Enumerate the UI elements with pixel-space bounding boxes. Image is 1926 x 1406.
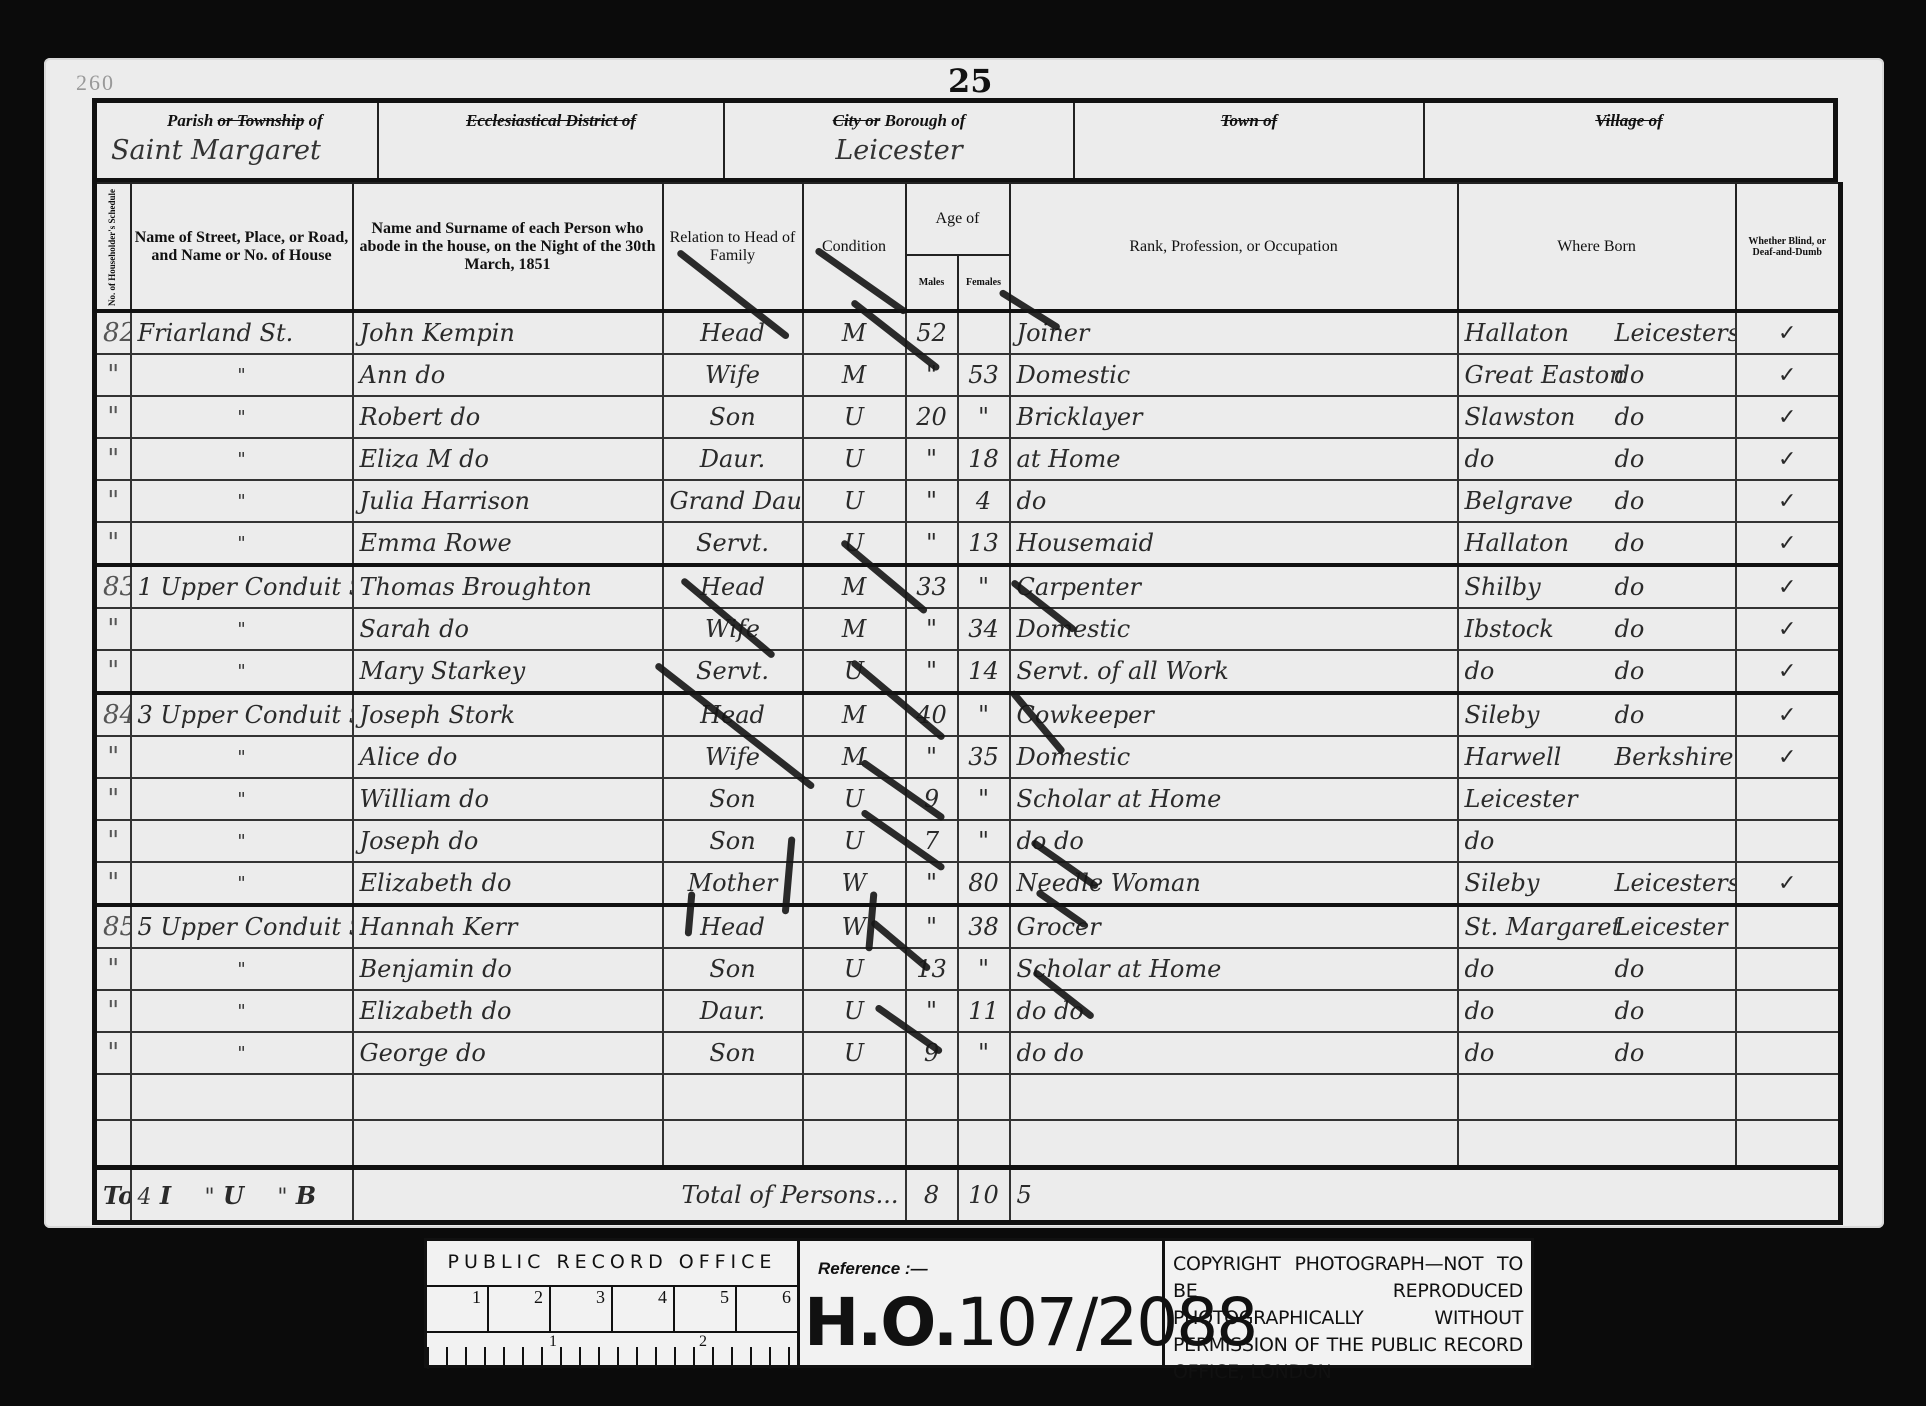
col-age-females: Females: [958, 255, 1010, 311]
schedule-number: ": [95, 396, 131, 438]
occupation-cell: do do: [1010, 990, 1458, 1032]
schedule-number: 85: [95, 905, 131, 948]
scale-bar: 1 2 3 4 5 6: [427, 1287, 797, 1333]
birthplace-county: do: [1615, 573, 1645, 601]
birthplace-cell: Belgravedo: [1458, 480, 1736, 522]
schedule-number: ": [95, 778, 131, 820]
blind-deaf-cell: ✓: [1736, 862, 1841, 905]
ecclesiastical-cell: Ecclesiastical District of: [379, 103, 725, 178]
birthplace-cell: St. MargaretLeicester: [1458, 905, 1736, 948]
age-female-cell: 18: [958, 438, 1010, 480]
age-female-cell: ": [958, 565, 1010, 608]
condition-cell: U: [803, 990, 906, 1032]
age-female-cell: 35: [958, 736, 1010, 778]
birthplace-town: do: [1465, 827, 1615, 855]
age-female-cell: 38: [958, 905, 1010, 948]
occupation-cell: Domestic: [1010, 608, 1458, 650]
age-female-cell: ": [958, 1032, 1010, 1074]
person-name: William do: [353, 778, 663, 820]
census-row: 82Friarland St.John KempinHeadM52JoinerH…: [95, 311, 1841, 354]
village-cell: Village of: [1425, 103, 1833, 178]
age-female-cell: 34: [958, 608, 1010, 650]
location-header: Parish or Township of Saint Margaret Ecc…: [92, 98, 1838, 182]
age-female-cell: ": [958, 820, 1010, 862]
age-male-cell: ": [906, 650, 958, 693]
birthplace-cell: HallatonLeicestershire: [1458, 311, 1736, 354]
reference-block: Reference :— H.O.107/2088: [800, 1241, 1165, 1365]
birthplace-town: do: [1465, 657, 1615, 685]
age-male-cell: ": [906, 990, 958, 1032]
age-male-cell: ": [906, 905, 958, 948]
relation-cell: Grand Daur.: [663, 480, 803, 522]
address-cell: ": [131, 736, 353, 778]
relation-cell: Daur.: [663, 438, 803, 480]
town-label: Town of: [1085, 111, 1413, 131]
relation-cell: Son: [663, 396, 803, 438]
age-male-cell: ": [906, 608, 958, 650]
birthplace-town: do: [1465, 955, 1615, 983]
occupation-cell: Cowkeeper: [1010, 693, 1458, 736]
blind-deaf-cell: ✓: [1736, 480, 1841, 522]
census-form: Parish or Township of Saint Margaret Ecc…: [92, 98, 1838, 1202]
age-female-cell: ": [958, 693, 1010, 736]
birthplace-county: do: [1615, 1039, 1645, 1067]
condition-cell: W: [803, 862, 906, 905]
occupation-cell: Bricklayer: [1010, 396, 1458, 438]
address-cell: ": [131, 820, 353, 862]
schedule-number: ": [95, 354, 131, 396]
birthplace-cell: SilebyLeicestershire: [1458, 862, 1736, 905]
birthplace-cell: dodo: [1458, 990, 1736, 1032]
person-name: Joseph do: [353, 820, 663, 862]
birthplace-county: Leicester: [1615, 913, 1728, 941]
birthplace-town: Great Easton: [1465, 361, 1615, 389]
folio-number: 25: [948, 62, 993, 100]
census-row: ""William doSonU9"Scholar at HomeLeicest…: [95, 778, 1841, 820]
condition-cell: M: [803, 736, 906, 778]
blank-row: [95, 1074, 1841, 1120]
census-row: ""Ann doWifeM"53DomesticGreat Eastondo✓: [95, 354, 1841, 396]
condition-cell: U: [803, 480, 906, 522]
census-row: 855 Upper Conduit St.Hannah KerrHeadW"38…: [95, 905, 1841, 948]
birthplace-town: Shilby: [1465, 573, 1615, 601]
birthplace-town: Slawston: [1465, 403, 1615, 431]
birthplace-county: Berkshire: [1615, 743, 1734, 771]
birthplace-cell: Shilbydo: [1458, 565, 1736, 608]
occupation-cell: Domestic: [1010, 736, 1458, 778]
person-name: Robert do: [353, 396, 663, 438]
parish-label: Parish or Township of: [107, 111, 367, 131]
birthplace-county: do: [1615, 615, 1645, 643]
condition-cell: M: [803, 608, 906, 650]
blind-deaf-cell: ✓: [1736, 693, 1841, 736]
person-name: John Kempin: [353, 311, 663, 354]
birthplace-county: do: [1615, 657, 1645, 685]
schedule-number: ": [95, 522, 131, 565]
birthplace-town: do: [1465, 1039, 1615, 1067]
blind-deaf-cell: ✓: [1736, 650, 1841, 693]
census-row: ""Emma RoweServt.U"13HousemaidHallatondo…: [95, 522, 1841, 565]
birthplace-county: do: [1615, 361, 1645, 389]
birthplace-cell: dodo: [1458, 1032, 1736, 1074]
age-female-cell: 11: [958, 990, 1010, 1032]
address-cell: ": [131, 354, 353, 396]
birthplace-county: Leicestershire: [1615, 869, 1736, 897]
occupation-cell: Joiner: [1010, 311, 1458, 354]
address-cell: ": [131, 396, 353, 438]
person-name: Benjamin do: [353, 948, 663, 990]
blind-deaf-cell: ✓: [1736, 396, 1841, 438]
birthplace-town: Belgrave: [1465, 487, 1615, 515]
schedule-number: ": [95, 820, 131, 862]
person-name: Elizabeth do: [353, 990, 663, 1032]
column-header-row: No. of Householder's Schedule Name of St…: [95, 183, 1841, 255]
total-extra-mark: 5: [1010, 1168, 1841, 1223]
town-cell: Town of: [1075, 103, 1425, 178]
census-row: ""Eliza M doDaur.U"18at Homedodo✓: [95, 438, 1841, 480]
age-male-cell: 9: [906, 1032, 958, 1074]
occupation-cell: Carpenter: [1010, 565, 1458, 608]
census-rows: 82Friarland St.John KempinHeadM52JoinerH…: [95, 311, 1841, 1074]
address-cell: ": [131, 990, 353, 1032]
schedule-number: 84: [95, 693, 131, 736]
birthplace-town: Leicester: [1465, 785, 1615, 813]
parish-cell: Parish or Township of Saint Margaret: [97, 103, 379, 178]
person-name: Mary Starkey: [353, 650, 663, 693]
schedule-number: ": [95, 990, 131, 1032]
age-male-cell: ": [906, 736, 958, 778]
person-name: Thomas Broughton: [353, 565, 663, 608]
reference-value: H.O.107/2088: [804, 1283, 1256, 1363]
birthplace-cell: dodo: [1458, 650, 1736, 693]
col-address: Name of Street, Place, or Road, and Name…: [131, 183, 353, 311]
borough-cell: City or Borough of Leicester: [725, 103, 1075, 178]
borough-label: City or Borough of: [735, 111, 1063, 131]
birthplace-county: do: [1615, 955, 1645, 983]
relation-cell: Son: [663, 948, 803, 990]
address-cell: 3 Upper Conduit St.: [131, 693, 353, 736]
schedule-number: ": [95, 736, 131, 778]
age-female-cell: 4: [958, 480, 1010, 522]
address-cell: ": [131, 522, 353, 565]
birthplace-town: Hallaton: [1465, 529, 1615, 557]
address-cell: ": [131, 608, 353, 650]
total-persons-label: Total of Persons...: [353, 1168, 906, 1223]
schedule-number: ": [95, 480, 131, 522]
blind-deaf-cell: ✓: [1736, 438, 1841, 480]
occupation-cell: Scholar at Home: [1010, 778, 1458, 820]
occupation-cell: at Home: [1010, 438, 1458, 480]
birthplace-county: Leicestershire: [1615, 319, 1736, 347]
birthplace-town: Sileby: [1465, 701, 1615, 729]
occupation-cell: Scholar at Home: [1010, 948, 1458, 990]
age-female-cell: 53: [958, 354, 1010, 396]
total-houses-label: Total of Houses: [95, 1168, 131, 1223]
relation-cell: Head: [663, 565, 803, 608]
birthplace-cell: Ibstockdo: [1458, 608, 1736, 650]
condition-cell: U: [803, 522, 906, 565]
address-cell: 1 Upper Conduit St.: [131, 565, 353, 608]
person-name: Julia Harrison: [353, 480, 663, 522]
condition-cell: U: [803, 1032, 906, 1074]
age-male-cell: ": [906, 522, 958, 565]
birthplace-cell: Hallatondo: [1458, 522, 1736, 565]
census-row: ""Elizabeth doDaur.U"11do dododo: [95, 990, 1841, 1032]
col-age-males: Males: [906, 255, 958, 311]
person-name: Sarah do: [353, 608, 663, 650]
census-row: ""Elizabeth doMotherW"80Needle WomanSile…: [95, 862, 1841, 905]
census-row: ""Julia HarrisonGrand Daur.U"4doBelgrave…: [95, 480, 1841, 522]
relation-cell: Servt.: [663, 522, 803, 565]
birthplace-county: do: [1615, 487, 1645, 515]
census-row: ""Alice doWifeM"35DomesticHarwellBerkshi…: [95, 736, 1841, 778]
parish-value: Saint Margaret: [107, 135, 367, 166]
census-row: ""Mary StarkeyServt.U"14Servt. of all Wo…: [95, 650, 1841, 693]
condition-cell: U: [803, 438, 906, 480]
birthplace-cell: Silebydo: [1458, 693, 1736, 736]
age-female-cell: ": [958, 778, 1010, 820]
condition-cell: U: [803, 396, 906, 438]
age-male-cell: ": [906, 480, 958, 522]
age-male-cell: 20: [906, 396, 958, 438]
blind-deaf-cell: [1736, 905, 1841, 948]
occupation-cell: do: [1010, 480, 1458, 522]
col-schedule-no: No. of Householder's Schedule: [95, 183, 131, 311]
col-blind: Whether Blind, or Deaf-and-Dumb: [1736, 183, 1841, 311]
birthplace-town: Ibstock: [1465, 615, 1615, 643]
age-female-cell: [958, 311, 1010, 354]
birthplace-cell: Slawstondo: [1458, 396, 1736, 438]
occupation-cell: do do: [1010, 820, 1458, 862]
ecclesiastical-label: Ecclesiastical District of: [389, 111, 713, 131]
blind-deaf-cell: ✓: [1736, 354, 1841, 396]
blind-deaf-cell: [1736, 778, 1841, 820]
age-female-cell: 14: [958, 650, 1010, 693]
birthplace-cell: dodo: [1458, 438, 1736, 480]
address-cell: ": [131, 862, 353, 905]
condition-cell: M: [803, 354, 906, 396]
occupation-cell: Servt. of all Work: [1010, 650, 1458, 693]
age-female-cell: 13: [958, 522, 1010, 565]
condition-cell: U: [803, 650, 906, 693]
census-row: ""Robert doSonU20"BricklayerSlawstondo✓: [95, 396, 1841, 438]
age-male-cell: ": [906, 438, 958, 480]
blind-deaf-cell: ✓: [1736, 311, 1841, 354]
blind-deaf-cell: ✓: [1736, 736, 1841, 778]
schedule-number: ": [95, 438, 131, 480]
address-cell: ": [131, 480, 353, 522]
address-cell: 5 Upper Conduit St.: [131, 905, 353, 948]
reference-label: Reference :—: [818, 1259, 928, 1279]
address-cell: ": [131, 778, 353, 820]
person-name: Alice do: [353, 736, 663, 778]
person-name: Joseph Stork: [353, 693, 663, 736]
birthplace-county: do: [1615, 445, 1645, 473]
occupation-cell: do do: [1010, 1032, 1458, 1074]
birthplace-county: do: [1615, 701, 1645, 729]
address-cell: ": [131, 1032, 353, 1074]
person-name: Emma Rowe: [353, 522, 663, 565]
condition-cell: M: [803, 693, 906, 736]
address-cell: ": [131, 650, 353, 693]
birthplace-town: Harwell: [1465, 743, 1615, 771]
schedule-number: ": [95, 650, 131, 693]
schedule-number: ": [95, 862, 131, 905]
col-name: Name and Surname of each Person who abod…: [353, 183, 663, 311]
blank-row: [95, 1120, 1841, 1168]
archive-reference-label: PUBLIC RECORD OFFICE 1 2 3 4 5 6 1 2 Ref…: [424, 1238, 1534, 1368]
person-name: Elizabeth do: [353, 862, 663, 905]
census-row: 831 Upper Conduit St.Thomas BroughtonHea…: [95, 565, 1841, 608]
birthplace-county: do: [1615, 529, 1645, 557]
census-row: ""Benjamin doSonU13"Scholar at Homedodo: [95, 948, 1841, 990]
condition-cell: U: [803, 948, 906, 990]
birthplace-cell: do: [1458, 820, 1736, 862]
address-cell: Friarland St.: [131, 311, 353, 354]
relation-cell: Son: [663, 778, 803, 820]
person-name: Eliza M do: [353, 438, 663, 480]
address-cell: ": [131, 438, 353, 480]
age-male-cell: ": [906, 862, 958, 905]
total-females: 10: [958, 1168, 1010, 1223]
census-row: ""Joseph doSonU7"do dodo: [95, 820, 1841, 862]
blind-deaf-cell: ✓: [1736, 565, 1841, 608]
blind-deaf-cell: ✓: [1736, 608, 1841, 650]
total-males: 8: [906, 1168, 958, 1223]
person-name: George do: [353, 1032, 663, 1074]
schedule-number: 83: [95, 565, 131, 608]
relation-cell: Wife: [663, 608, 803, 650]
ruler-ticks: 1 2: [427, 1333, 797, 1369]
census-row: 843 Upper Conduit St.Joseph StorkHeadM40…: [95, 693, 1841, 736]
blind-deaf-cell: ✓: [1736, 522, 1841, 565]
census-table: No. of Householder's Schedule Name of St…: [92, 182, 1843, 1225]
relation-cell: Mother: [663, 862, 803, 905]
occupation-cell: Domestic: [1010, 354, 1458, 396]
blind-deaf-cell: [1736, 1032, 1841, 1074]
birthplace-town: Hallaton: [1465, 319, 1615, 347]
blind-deaf-cell: [1736, 990, 1841, 1032]
birthplace-town: Sileby: [1465, 869, 1615, 897]
birthplace-cell: dodo: [1458, 948, 1736, 990]
schedule-number: ": [95, 1032, 131, 1074]
village-label: Village of: [1435, 111, 1823, 131]
relation-cell: Daur.: [663, 990, 803, 1032]
occupation-cell: Housemaid: [1010, 522, 1458, 565]
relation-cell: Son: [663, 1032, 803, 1074]
blind-deaf-cell: [1736, 820, 1841, 862]
age-female-cell: ": [958, 948, 1010, 990]
birthplace-town: do: [1465, 997, 1615, 1025]
schedule-number: ": [95, 948, 131, 990]
relation-cell: Wife: [663, 354, 803, 396]
relation-cell: Son: [663, 820, 803, 862]
blind-deaf-cell: [1736, 948, 1841, 990]
col-age: Age of: [906, 183, 1010, 255]
schedule-number: ": [95, 608, 131, 650]
birthplace-cell: Leicester: [1458, 778, 1736, 820]
birthplace-town: St. Margaret: [1465, 913, 1615, 941]
age-female-cell: ": [958, 396, 1010, 438]
age-female-cell: 80: [958, 862, 1010, 905]
col-where-born: Where Born: [1458, 183, 1736, 311]
person-name: Ann do: [353, 354, 663, 396]
birthplace-county: do: [1615, 997, 1645, 1025]
person-name: Hannah Kerr: [353, 905, 663, 948]
relation-cell: Head: [663, 693, 803, 736]
totals-row: Total of Houses 4 I " U " B Total of Per…: [95, 1168, 1841, 1223]
birthplace-county: do: [1615, 403, 1645, 431]
record-office-block: PUBLIC RECORD OFFICE 1 2 3 4 5 6 1 2: [427, 1241, 800, 1365]
address-cell: ": [131, 948, 353, 990]
corner-stamp: 260: [76, 70, 115, 96]
schedule-number: 82: [95, 311, 131, 354]
record-office-title: PUBLIC RECORD OFFICE: [427, 1241, 797, 1287]
birthplace-cell: Great Eastondo: [1458, 354, 1736, 396]
occupation-cell: Grocer: [1010, 905, 1458, 948]
census-row: ""Sarah doWifeM"34DomesticIbstockdo✓: [95, 608, 1841, 650]
census-row: ""George doSonU9"do dododo: [95, 1032, 1841, 1074]
borough-value: Leicester: [735, 135, 1063, 166]
relation-cell: Wife: [663, 736, 803, 778]
birthplace-cell: HarwellBerkshire: [1458, 736, 1736, 778]
houses-iub: 4 I " U " B: [131, 1168, 353, 1223]
col-occupation: Rank, Profession, or Occupation: [1010, 183, 1458, 311]
birthplace-town: do: [1465, 445, 1615, 473]
